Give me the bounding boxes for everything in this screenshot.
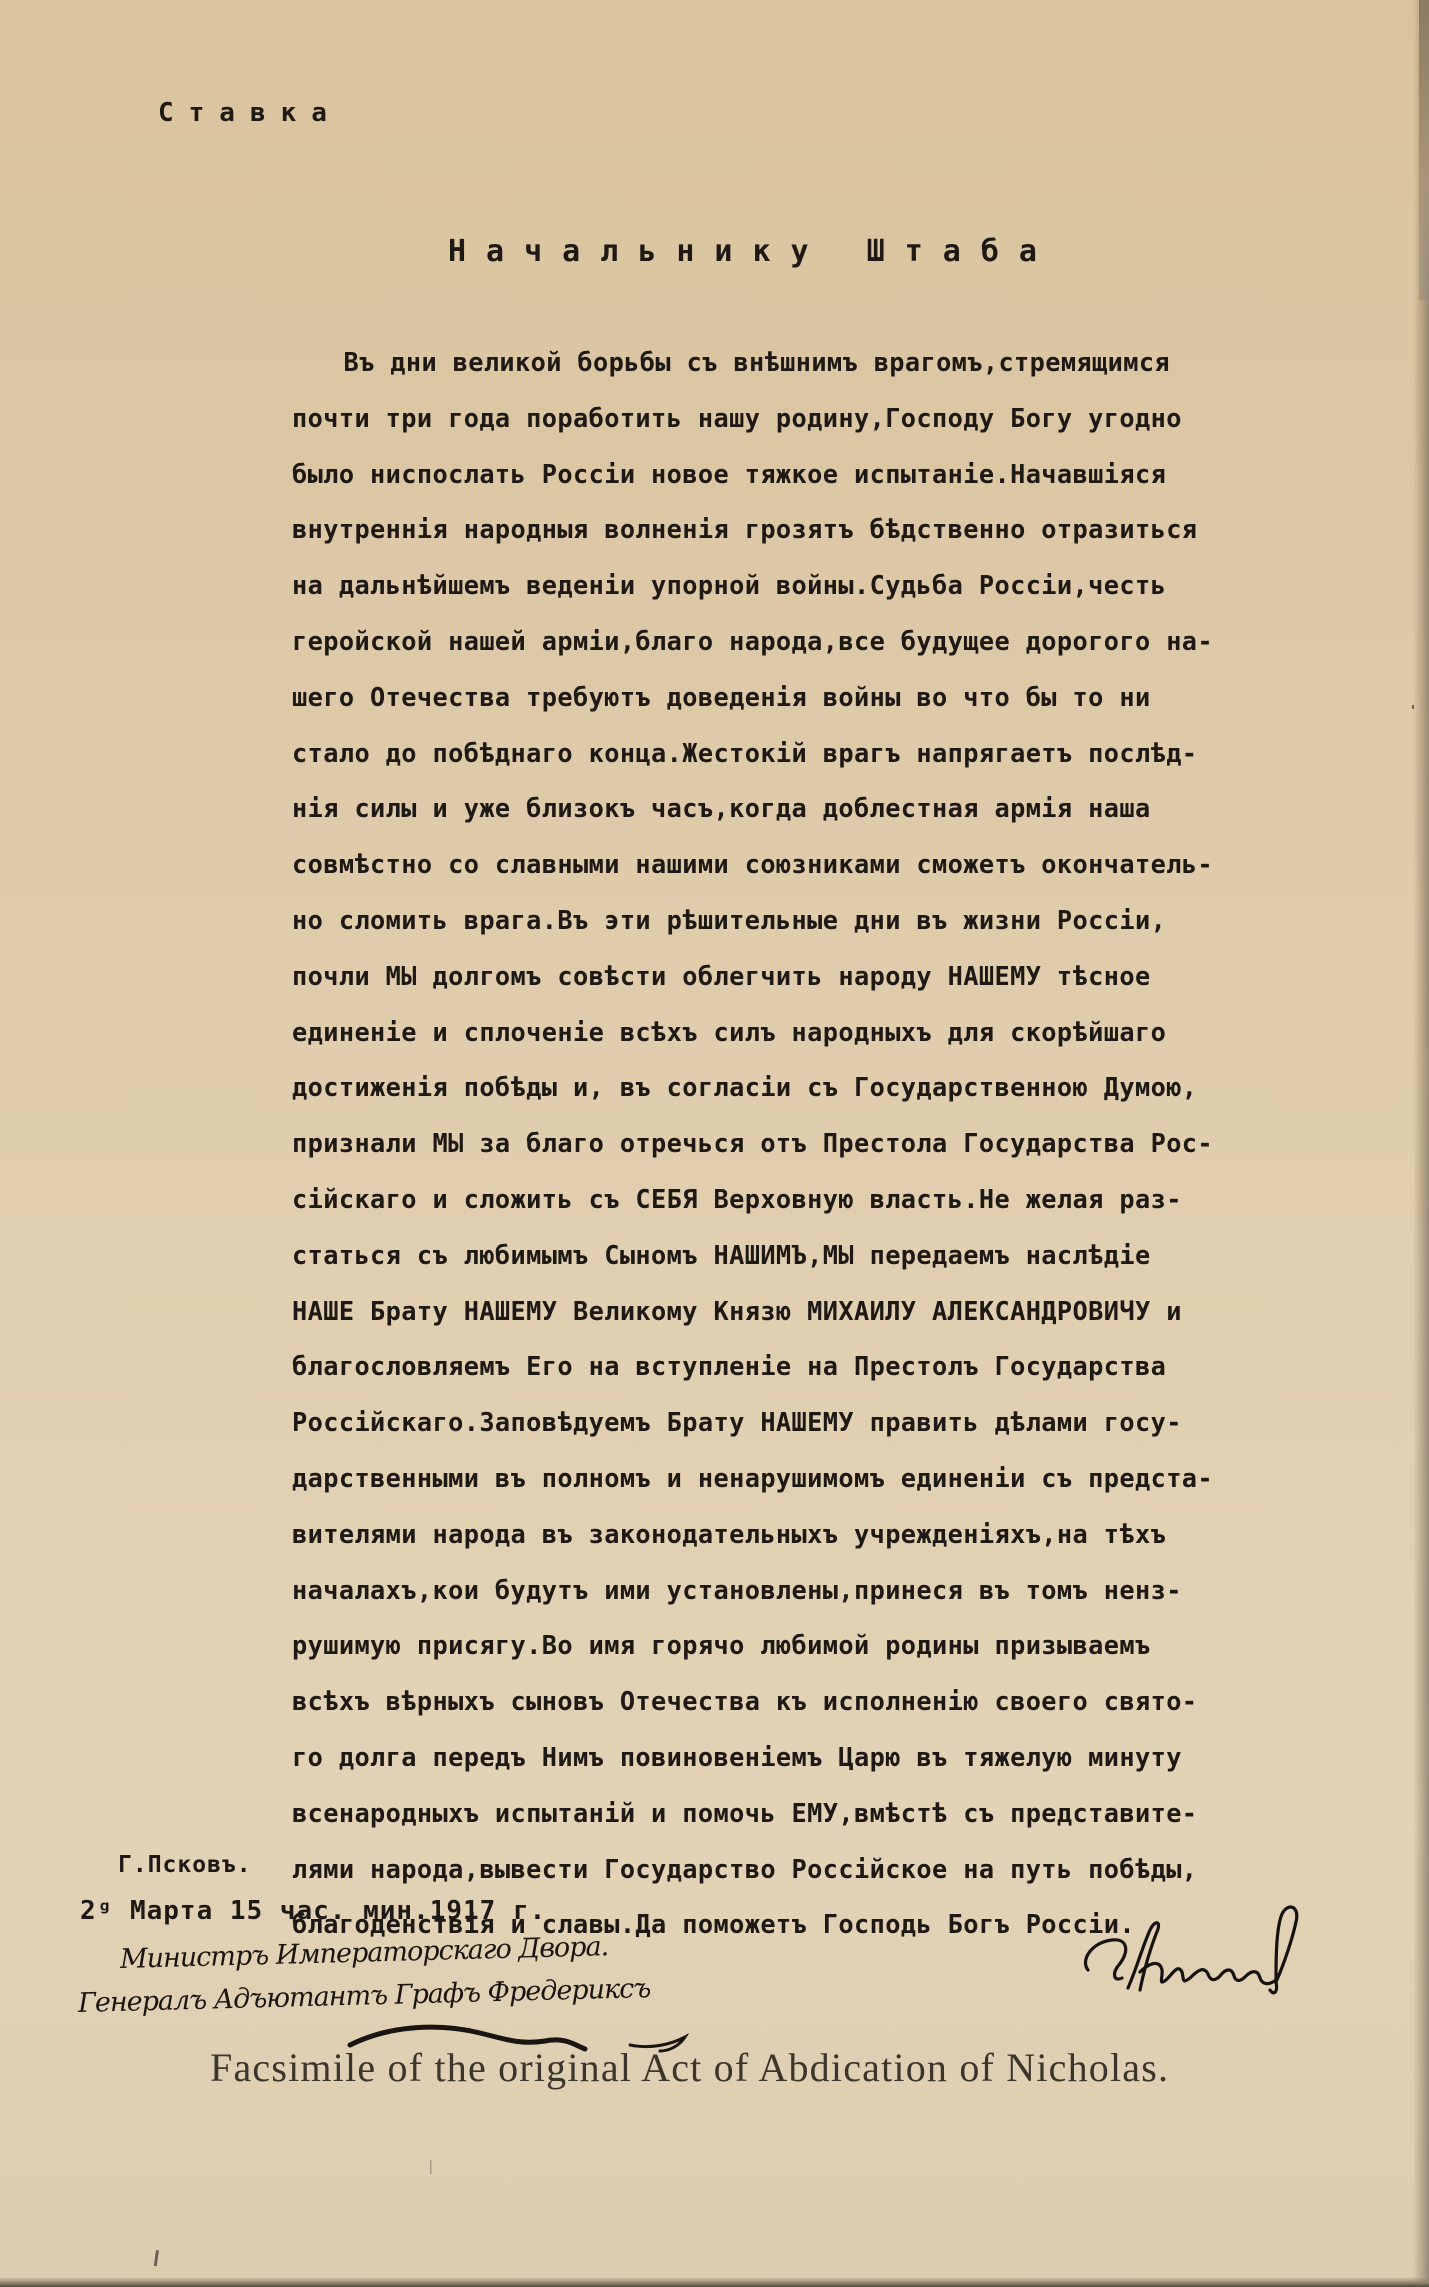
- body-line: единеніе и сплоченіе всѣхъ силъ народных…: [292, 1008, 1362, 1064]
- imperial-signature-icon: [1070, 1900, 1310, 2010]
- body-line: благословляемъ Его на вступленіе на Прес…: [292, 1342, 1362, 1398]
- body-line: геройской нашей арміи,благо народа,все б…: [292, 617, 1362, 673]
- body-line: началахъ,кои будутъ ими установлены,прин…: [292, 1566, 1362, 1622]
- page-edge-bottom: [0, 2277, 1429, 2287]
- body-line: шего Отечества требуютъ доведенія войны …: [292, 673, 1362, 729]
- countersignature-name: Генералъ Адъютантъ Графъ Фредериксъ: [78, 1973, 651, 2019]
- addressee-title: Начальнику Штаба: [448, 234, 1057, 269]
- body-line: внутреннія народныя волненія грозятъ бѣд…: [292, 505, 1362, 561]
- body-line: всѣхъ вѣрныхъ сыновъ Отечества къ исполн…: [292, 1677, 1362, 1733]
- body-line: совмѣстно со славными нашими союзниками …: [292, 840, 1362, 896]
- figure-caption: Facsimile of the original Act of Abdicat…: [210, 2044, 1310, 2091]
- body-line: го долга передъ Нимъ повиновеніемъ Царю …: [292, 1733, 1362, 1789]
- document-header: Ставка: [158, 98, 342, 128]
- body-line: вителями народа въ законодательныхъ учре…: [292, 1510, 1362, 1566]
- body-line: но сломить врага.Въ эти рѣшительные дни …: [292, 896, 1362, 952]
- date-of-signing: 2ᵍ Марта 15 час. мин.1917 г.: [80, 1896, 546, 1926]
- place-of-signing: Г.Псковъ.: [118, 1852, 252, 1878]
- body-line: дарственными въ полномъ и ненарушимомъ е…: [292, 1454, 1362, 1510]
- body-line: почли МЫ долгомъ совѣсти облегчить народ…: [292, 952, 1362, 1008]
- body-line: Россійскаго.Заповѣдуемъ Брату НАШЕМУ пра…: [292, 1398, 1362, 1454]
- body-line: НАШЕ Брату НАШЕМУ Великому Князю МИХАИЛУ…: [292, 1287, 1362, 1343]
- body-line: стало до побѣднаго конца.Жестокій врагъ …: [292, 729, 1362, 785]
- body-line: статься съ любимымъ Сыномъ НАШИМЪ,МЫ пер…: [292, 1231, 1362, 1287]
- body-line: рушимую присягу.Во имя горячо любимой ро…: [292, 1621, 1362, 1677]
- page-edge-right: [1413, 0, 1429, 2287]
- body-line: сійскаго и сложить съ СЕБЯ Верховную вла…: [292, 1175, 1362, 1231]
- abdication-text: Въ дни великой борьбы съ внѣшнимъ врагом…: [292, 338, 1372, 1956]
- body-line: на дальнѣйшемъ веденіи упорной войны.Суд…: [292, 561, 1362, 617]
- body-line: признали МЫ за благо отречься отъ Престо…: [292, 1119, 1362, 1175]
- countersignature-title: Министръ Императорскаго Двора.: [120, 1931, 609, 1975]
- body-line: нія силы и уже близокъ часъ,когда доблес…: [292, 784, 1362, 840]
- body-line: было ниспослать Россіи новое тяжкое испы…: [292, 450, 1362, 506]
- body-line: всенародныхъ испытаній и помочь ЕМУ,вмѣс…: [292, 1789, 1362, 1845]
- body-line: почти три года поработить нашу родину,Го…: [292, 394, 1362, 450]
- body-line: достиженія побѣды и, въ согласіи съ Госу…: [292, 1063, 1362, 1119]
- body-line: лями народа,вывести Государство Россійск…: [292, 1845, 1362, 1901]
- body-line: Въ дни великой борьбы съ внѣшнимъ врагом…: [292, 338, 1361, 394]
- page-edge-right-shadow: [1419, 0, 1429, 300]
